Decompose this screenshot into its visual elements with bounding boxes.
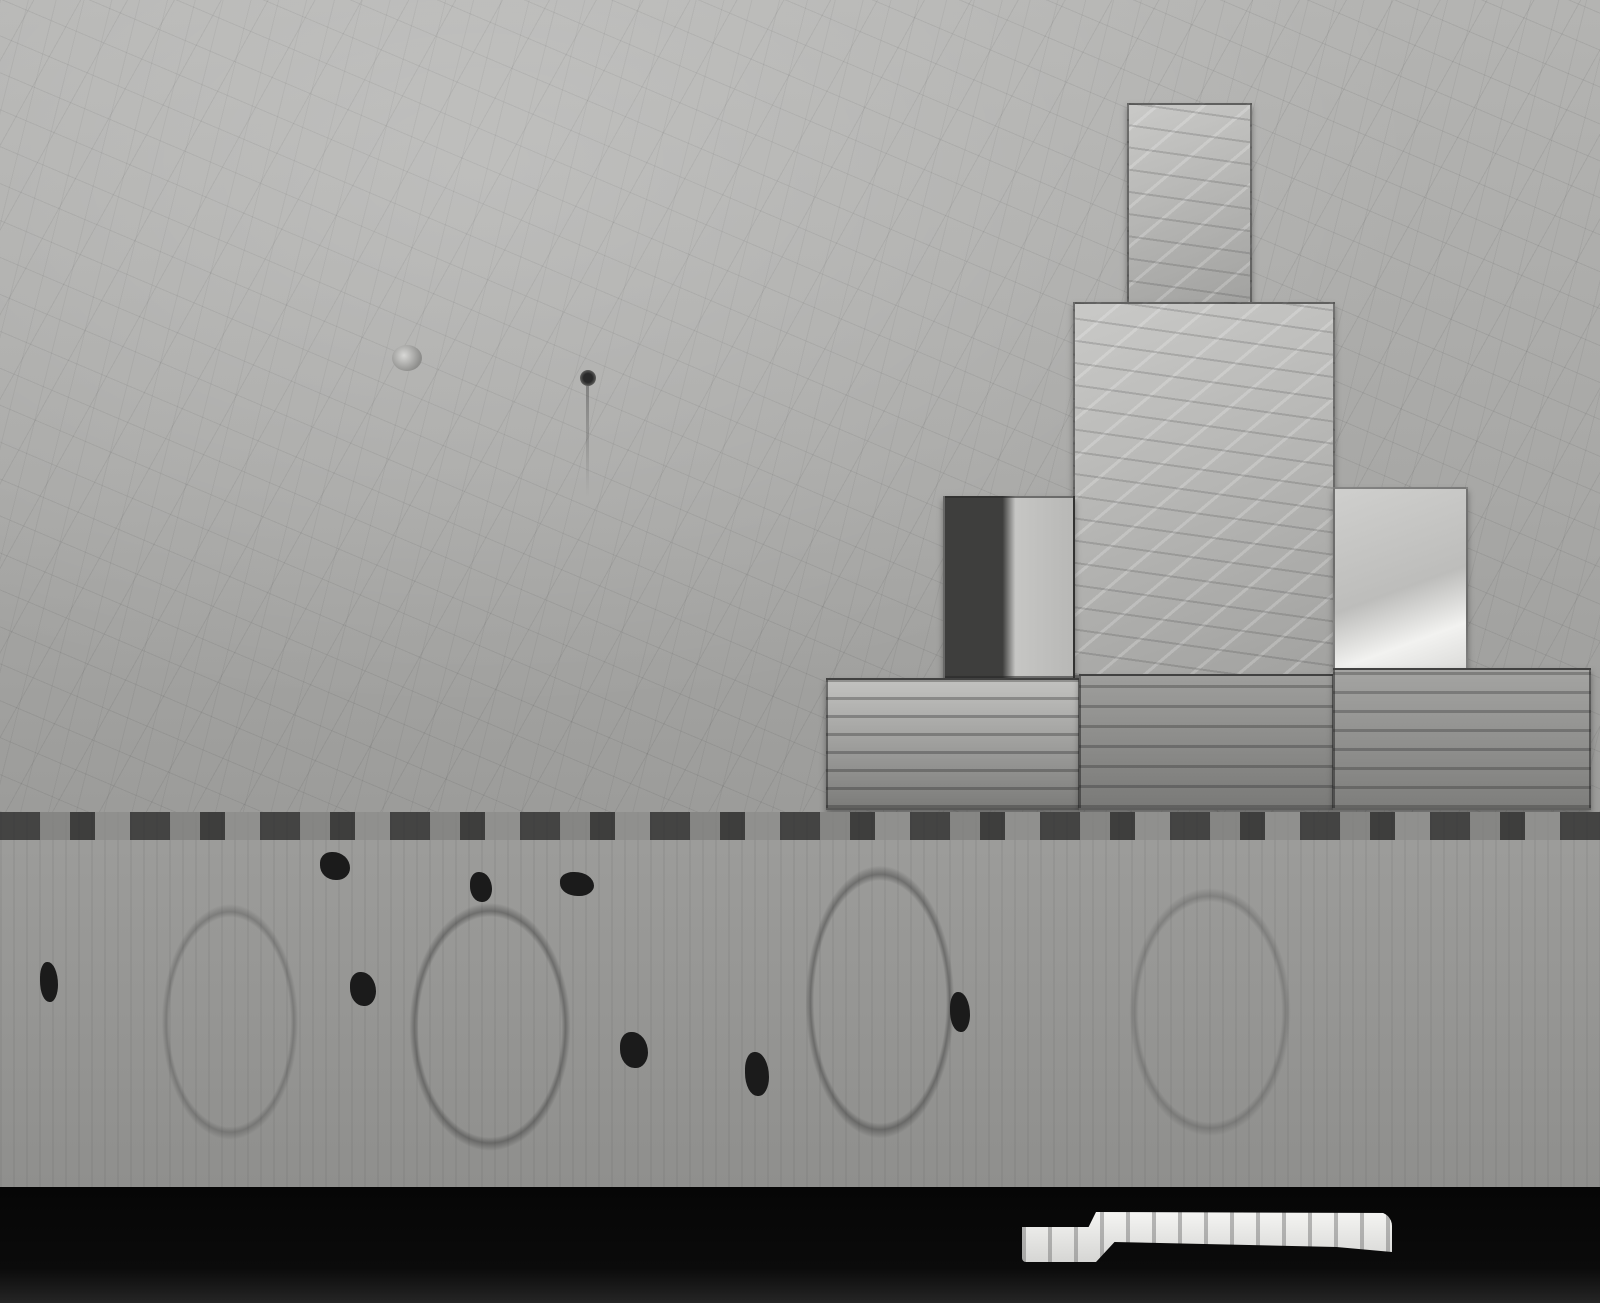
paint-chip xyxy=(470,872,492,902)
rust-streak xyxy=(586,386,589,496)
patch-center xyxy=(1073,302,1335,677)
paint-chip xyxy=(560,872,594,896)
nail-hole xyxy=(580,370,596,386)
board-top-edge xyxy=(0,812,1600,840)
paint-chip xyxy=(320,852,350,880)
wooden-board xyxy=(0,812,1600,1187)
paint-chip xyxy=(620,1032,648,1068)
patch-bottom-right xyxy=(1333,668,1591,810)
patch-left-peeled xyxy=(943,496,1075,678)
patch-right-curled xyxy=(1333,487,1468,670)
paint-chip xyxy=(40,962,58,1002)
paint-chip xyxy=(950,992,970,1032)
photograph xyxy=(0,0,1600,1303)
nail-bump xyxy=(392,345,422,371)
paint-chip xyxy=(350,972,376,1006)
paint-chip xyxy=(745,1052,769,1096)
patch-top xyxy=(1127,103,1252,306)
patch-bottom-left xyxy=(826,678,1080,810)
patch-bottom-middle xyxy=(1079,674,1334,810)
